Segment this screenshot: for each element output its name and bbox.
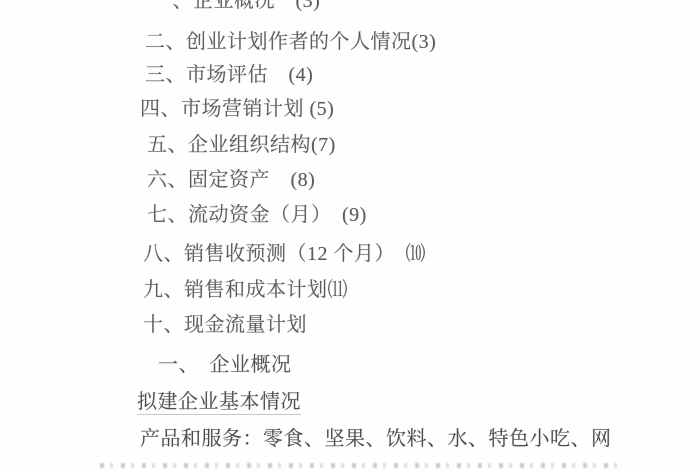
section-heading: 一、 企业概况 bbox=[158, 354, 292, 376]
toc-item-6: 六、固定资产 (8) bbox=[147, 169, 315, 191]
toc-item-8: 八、销售收预测（12 个月） ⑽ bbox=[143, 243, 426, 265]
paragraph-line: 产品和服务：零食、坚果、饮料、水、特色小吃、网 bbox=[140, 428, 612, 450]
toc-item-2: 二、创业计划作者的个人情况(3) bbox=[145, 31, 436, 53]
toc-item-10: 十、现金流量计划 bbox=[143, 314, 307, 336]
sub-heading: 拟建企业基本情况 bbox=[137, 391, 301, 415]
partial-text-line bbox=[100, 463, 625, 468]
toc-item-3: 三、市场评估 (4) bbox=[145, 64, 313, 86]
toc-item-7: 七、流动资金（月） (9) bbox=[147, 204, 367, 226]
toc-item-1: 一、企业概况 (3) bbox=[152, 0, 320, 12]
document-page: 一、企业概况 (3) 二、创业计划作者的个人情况(3) 三、市场评估 (4) 四… bbox=[0, 0, 700, 470]
toc-item-4: 四、市场营销计划 (5) bbox=[140, 98, 334, 120]
toc-item-9: 九、销售和成本计划⑾ bbox=[143, 279, 348, 301]
toc-item-5: 五、企业组织结构(7) bbox=[147, 134, 336, 156]
